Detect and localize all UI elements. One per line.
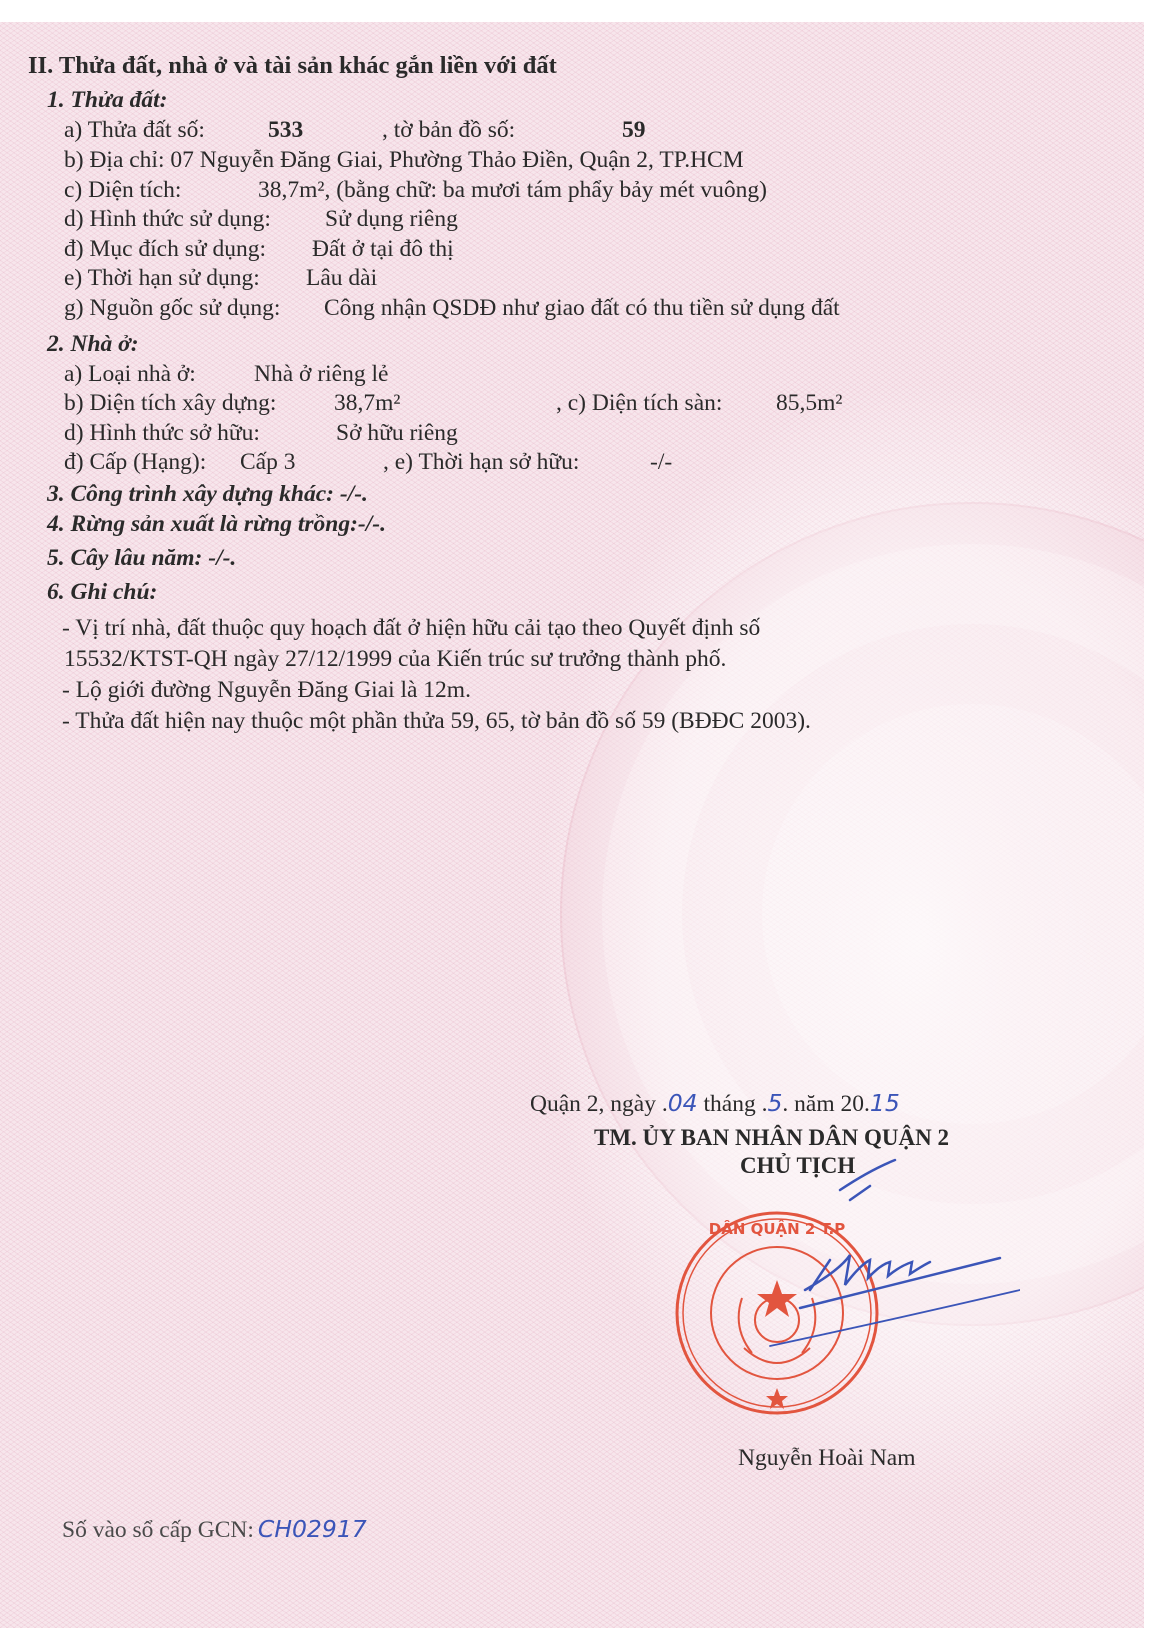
area-label: c) Diện tích: [64, 176, 181, 204]
signature-icon [700, 1150, 1020, 1390]
ownership-label: d) Hình thức sở hữu: [64, 419, 260, 447]
forest: 4. Rừng sản xuất là rừng trồng:-/-. [47, 510, 386, 538]
registry-number: Số vào sổ cấp GCN:CH02917 [62, 1515, 367, 1544]
origin-label: g) Nguồn gốc sử dụng: [64, 294, 280, 322]
own-term-label: , e) Thời hạn sở hữu: [383, 448, 579, 476]
grade-label: đ) Cấp (Hạng): [64, 448, 206, 476]
notes-heading: 6. Ghi chú: [47, 578, 157, 606]
build-area-value: 38,7m² [334, 389, 400, 417]
year-handwritten: 15 [870, 1089, 900, 1117]
grade-value: Cấp 3 [240, 448, 295, 476]
build-area-label: b) Diện tích xây dựng: [64, 389, 276, 417]
map-label: , tờ bản đồ số: [382, 116, 515, 144]
ownership-value: Sở hữu riêng [336, 419, 458, 447]
parcel-number: 533 [268, 116, 303, 144]
house-type-value: Nhà ở riêng lẻ [254, 360, 388, 388]
year-label: . năm 20. [782, 1091, 869, 1117]
term-value: Lâu dài [306, 264, 377, 292]
own-term-value: -/- [650, 448, 672, 476]
perennial: 5. Cây lâu năm: -/-. [47, 544, 236, 572]
month-handwritten: 5 [767, 1089, 782, 1117]
note-line: 15532/KTST-QH ngày 27/12/1999 của Kiến t… [64, 645, 726, 673]
term-label: e) Thời hạn sử dụng: [64, 264, 260, 292]
authority: TM. ỦY BAN NHÂN DÂN QUẬN 2 [594, 1124, 949, 1152]
floor-area-label: , c) Diện tích sàn: [556, 389, 722, 417]
note-line: - Thửa đất hiện nay thuộc một phần thửa … [62, 707, 811, 735]
house-type-label: a) Loại nhà ở: [64, 360, 196, 388]
day-handwritten: 04 [668, 1089, 698, 1117]
land-heading: 1. Thửa đất: [47, 86, 167, 114]
parcel-label: a) Thửa đất số: [64, 116, 205, 144]
address: b) Địa chỉ: 07 Nguyễn Đăng Giai, Phường … [64, 146, 744, 174]
note-line: - Vị trí nhà, đất thuộc quy hoạch đất ở … [62, 614, 760, 642]
use-form-value: Sử dụng riêng [325, 205, 458, 233]
origin-value: Công nhận QSDĐ như giao đất có thu tiền … [324, 294, 840, 322]
place-day-label: Quận 2, ngày . [530, 1091, 668, 1117]
section-title: II. Thửa đất, nhà ở và tài sản khác gắn … [28, 52, 557, 80]
house-heading: 2. Nhà ở: [47, 330, 139, 358]
signer-name: Nguyễn Hoài Nam [738, 1444, 916, 1472]
floor-area-value: 85,5m² [776, 389, 842, 417]
note-line: - Lộ giới đường Nguyễn Đăng Giai là 12m. [62, 676, 471, 704]
purpose-value: Đất ở tại đô thị [312, 235, 454, 263]
area-value: 38,7m², (bằng chữ: ba mươi tám phẩy bảy … [258, 176, 767, 204]
signing-date: Quận 2, ngày .04 tháng .5. năm 20.15 [530, 1089, 900, 1118]
purpose-label: đ) Mục đích sử dụng: [64, 235, 266, 263]
map-number: 59 [622, 116, 646, 144]
month-label: tháng . [698, 1091, 768, 1117]
registry-value: CH02917 [258, 1515, 367, 1543]
use-form-label: d) Hình thức sử dụng: [64, 205, 271, 233]
other-works: 3. Công trình xây dựng khác: -/-. [47, 480, 368, 508]
registry-label: Số vào sổ cấp GCN: [62, 1517, 254, 1543]
